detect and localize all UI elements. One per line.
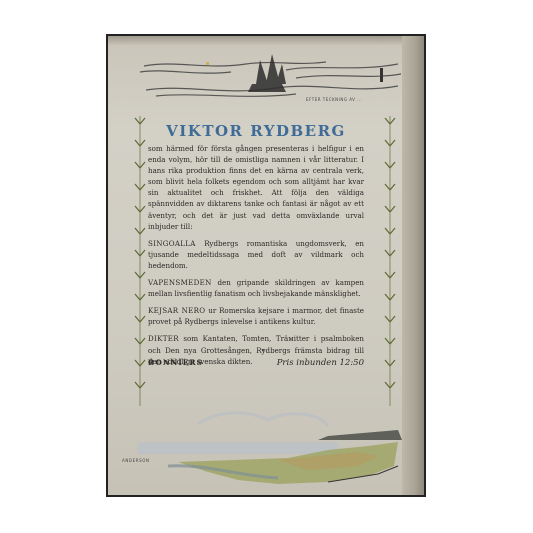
illustrator-signature: ANDERSON bbox=[122, 458, 150, 463]
work-title: DIKTER bbox=[148, 334, 179, 343]
footer-row: BONNIERS Pris inbunden 12:50 bbox=[148, 358, 364, 368]
blurb: som härmed för första gången presenteras… bbox=[148, 143, 364, 373]
work-vapensmeden: VAPENSMEDEN den gripande skildringen av … bbox=[148, 277, 364, 299]
work-title: VAPENSMEDEN bbox=[148, 278, 212, 287]
book-back-cover: EFTER TECKNING AV ... VIKTOR RYDBERG som… bbox=[106, 34, 426, 497]
author-title: VIKTOR RYDBERG bbox=[108, 122, 404, 140]
vine-border-right-icon bbox=[380, 116, 400, 406]
separator-dot bbox=[262, 349, 264, 351]
landscape-illustration bbox=[128, 406, 408, 494]
work-title: SINGOALLA bbox=[148, 239, 196, 248]
cover-top-edge bbox=[108, 36, 424, 46]
publisher-name: BONNIERS bbox=[148, 358, 203, 368]
ship-illustration bbox=[136, 46, 406, 106]
work-kejsar-nero: KEJSAR NERO ur Romerska kejsare i marmor… bbox=[148, 305, 364, 327]
illustration-credit: EFTER TECKNING AV ... bbox=[306, 97, 363, 102]
price-label: Pris inbunden 12:50 bbox=[277, 358, 364, 368]
vine-border-left-icon bbox=[130, 116, 150, 406]
work-title: KEJSAR NERO bbox=[148, 306, 205, 315]
work-singoalla: SINGOALLA Rydbergs romantiska ungdomsver… bbox=[148, 238, 364, 271]
intro-paragraph: som härmed för första gången presenteras… bbox=[148, 143, 364, 232]
